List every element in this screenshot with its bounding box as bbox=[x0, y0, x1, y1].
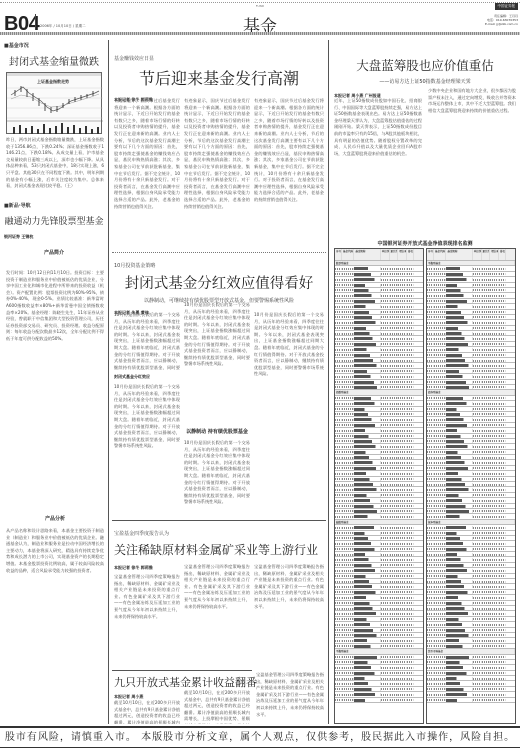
table-cell bbox=[381, 273, 390, 275]
table-cell bbox=[490, 548, 499, 550]
table-cell bbox=[390, 634, 399, 636]
table-cell bbox=[381, 591, 390, 593]
table-cell bbox=[427, 624, 434, 626]
table-cell bbox=[398, 467, 407, 469]
table-cell bbox=[473, 661, 482, 663]
table-cell bbox=[335, 435, 342, 437]
table-cell bbox=[482, 527, 491, 529]
table-cell bbox=[446, 682, 472, 685]
table-cell bbox=[434, 365, 446, 367]
section-heading: 以静制动 持有绩优股票基金 bbox=[184, 428, 250, 435]
table-cell bbox=[354, 337, 380, 340]
table-cell bbox=[407, 661, 414, 663]
table-column-header: 基金简称 bbox=[446, 249, 472, 260]
table-cell bbox=[381, 688, 390, 690]
table-cell bbox=[342, 591, 354, 593]
table-cell bbox=[335, 661, 342, 663]
table-cell bbox=[335, 424, 342, 426]
table-cell bbox=[434, 295, 446, 297]
table-cell bbox=[446, 548, 472, 551]
table-cell bbox=[342, 306, 354, 308]
table-cell bbox=[342, 494, 354, 496]
table-cell bbox=[407, 532, 414, 534]
newspaper-logo: 中国证券报 bbox=[495, 3, 519, 10]
table-column-header: 单位净值 bbox=[473, 249, 482, 260]
table-cell bbox=[427, 478, 434, 480]
table-cell bbox=[427, 661, 434, 663]
table-cell bbox=[482, 656, 491, 658]
table-cell bbox=[342, 570, 354, 572]
table-cell bbox=[427, 376, 434, 378]
table-cell bbox=[342, 349, 354, 351]
table-cell bbox=[398, 289, 407, 291]
table-cell bbox=[342, 397, 354, 399]
table-cell bbox=[499, 602, 506, 604]
article-body-col2: 截至10月10日，在近200多只开放式基金中，总共有9只基金累计净值超过两元，创… bbox=[184, 690, 250, 724]
table-cell bbox=[381, 316, 390, 318]
table-cell bbox=[482, 532, 491, 534]
table-cell bbox=[398, 440, 407, 442]
table-cell bbox=[354, 429, 380, 432]
table-cell bbox=[473, 575, 482, 577]
table-cell bbox=[335, 602, 342, 604]
table-cell bbox=[342, 694, 354, 696]
table-cell bbox=[354, 558, 380, 561]
table-cell bbox=[342, 537, 354, 539]
table-cell bbox=[446, 629, 472, 632]
table-cell bbox=[354, 569, 380, 572]
table-cell bbox=[342, 624, 354, 626]
table-cell bbox=[490, 613, 499, 615]
table-cell bbox=[342, 462, 354, 464]
table-cell bbox=[335, 386, 342, 388]
table-cell bbox=[407, 640, 414, 642]
table-cell bbox=[342, 457, 354, 459]
table-cell bbox=[381, 413, 390, 415]
table-cell bbox=[446, 558, 472, 561]
table-cell bbox=[490, 413, 499, 415]
table-cell bbox=[482, 424, 491, 426]
table-cell bbox=[446, 488, 472, 491]
table-cell bbox=[499, 478, 506, 480]
table-cell bbox=[482, 451, 491, 453]
table-cell bbox=[446, 537, 472, 540]
table-cell bbox=[390, 430, 399, 432]
table-cell bbox=[427, 597, 434, 599]
table-cell bbox=[407, 613, 414, 615]
table-cell bbox=[473, 295, 482, 297]
table-cell bbox=[427, 613, 434, 615]
table-row bbox=[427, 698, 515, 703]
table-cell bbox=[434, 581, 446, 583]
table-cell bbox=[434, 311, 446, 313]
table-cell bbox=[354, 402, 380, 405]
table-cell bbox=[446, 607, 472, 610]
table-cell bbox=[390, 570, 399, 572]
table-cell bbox=[398, 333, 407, 335]
table-cell bbox=[473, 473, 482, 475]
table-cell bbox=[499, 451, 506, 453]
table-cell bbox=[427, 667, 434, 669]
table-cell bbox=[381, 634, 390, 636]
table-cell bbox=[490, 430, 499, 432]
table-cell bbox=[446, 472, 472, 475]
article-separator bbox=[112, 520, 326, 521]
table-cell bbox=[342, 338, 354, 340]
table-cell bbox=[381, 360, 390, 362]
table-cell bbox=[434, 316, 446, 318]
table-cell bbox=[381, 678, 390, 680]
table-cell bbox=[342, 629, 354, 631]
table-cell bbox=[434, 327, 446, 329]
table-cell bbox=[354, 294, 380, 297]
table-cell bbox=[390, 279, 399, 281]
table-cell bbox=[490, 618, 499, 620]
table-cell bbox=[342, 548, 354, 550]
table-cell bbox=[342, 510, 354, 512]
table-cell bbox=[390, 381, 399, 383]
article-body-col2: 宝盈基金管理公司四季度策略报告指出，稀缺原材料、金属矿采业及相关产业链是未来投资… bbox=[184, 564, 250, 668]
table-cell bbox=[434, 354, 446, 356]
table-cell bbox=[482, 489, 491, 491]
table-cell bbox=[407, 564, 414, 566]
table-cell bbox=[398, 505, 407, 507]
table-cell bbox=[381, 645, 390, 647]
table-cell bbox=[490, 424, 499, 426]
table-cell bbox=[427, 462, 434, 464]
table-cell bbox=[490, 570, 499, 572]
table-cell bbox=[381, 570, 390, 572]
table-cell bbox=[446, 456, 472, 459]
table-cell bbox=[354, 585, 380, 588]
table-cell bbox=[335, 457, 342, 459]
table-cell bbox=[342, 532, 354, 534]
table-cell bbox=[434, 586, 446, 588]
table-cell bbox=[427, 494, 434, 496]
table-cell bbox=[482, 268, 491, 270]
article-body: 从产品名称和设计思路来看，本基金主要投资于制造业（制造业）和服务业中价值被低估的… bbox=[6, 528, 104, 724]
table-cell bbox=[342, 564, 354, 566]
table-cell bbox=[398, 376, 407, 378]
table-cell bbox=[446, 483, 472, 486]
table-cell bbox=[354, 472, 380, 475]
table-cell bbox=[482, 591, 491, 593]
table-cell bbox=[407, 624, 414, 626]
table-cell bbox=[490, 591, 499, 593]
table-cell bbox=[434, 430, 446, 432]
table-cell bbox=[354, 591, 380, 594]
table-cell bbox=[434, 564, 446, 566]
table-cell bbox=[490, 343, 499, 345]
table-cell bbox=[482, 683, 491, 685]
table-cell bbox=[335, 408, 342, 410]
table-cell bbox=[407, 360, 414, 362]
table-cell bbox=[398, 268, 407, 270]
table-cell bbox=[490, 327, 499, 329]
table-cell bbox=[342, 446, 354, 448]
table-cell bbox=[390, 322, 399, 324]
table-cell bbox=[499, 284, 506, 286]
table-cell bbox=[434, 699, 446, 701]
table-cell bbox=[482, 354, 491, 356]
table-cell bbox=[482, 688, 491, 690]
table-cell bbox=[398, 386, 407, 388]
table-cell bbox=[473, 435, 482, 437]
table-cell bbox=[499, 360, 506, 362]
table-cell bbox=[427, 500, 434, 502]
table-cell bbox=[446, 381, 472, 384]
table-cell bbox=[490, 608, 499, 610]
table-cell bbox=[434, 349, 446, 351]
table-cell bbox=[490, 279, 499, 281]
table-cell bbox=[482, 667, 491, 669]
table-cell bbox=[446, 532, 472, 535]
table-cell bbox=[482, 510, 491, 512]
table-cell bbox=[473, 618, 482, 620]
table-group-label: 货币市场基金 bbox=[427, 649, 515, 653]
table-cell bbox=[407, 516, 414, 518]
table-cell bbox=[434, 505, 446, 507]
table-cell bbox=[473, 667, 482, 669]
table-cell bbox=[446, 639, 472, 642]
table-header-row: 序号基金代码基金简称单位净值累计净值增长率(%)排名 bbox=[335, 249, 423, 261]
table-cell bbox=[446, 327, 472, 330]
table-cell bbox=[398, 338, 407, 340]
table-cell bbox=[427, 408, 434, 410]
table-cell bbox=[335, 581, 342, 583]
table-cell bbox=[390, 608, 399, 610]
table-cell bbox=[490, 360, 499, 362]
table-cell bbox=[482, 699, 491, 701]
table-cell bbox=[381, 451, 390, 453]
table-cell bbox=[335, 629, 342, 631]
table-cell bbox=[434, 333, 446, 335]
table-cell bbox=[407, 667, 414, 669]
table-cell bbox=[354, 316, 380, 319]
table-cell bbox=[335, 564, 342, 566]
table-cell bbox=[446, 300, 472, 303]
table-cell bbox=[407, 386, 414, 388]
table-cell bbox=[354, 639, 380, 642]
table-cell bbox=[427, 430, 434, 432]
table-cell bbox=[446, 429, 472, 432]
table-cell bbox=[482, 381, 491, 383]
table-cell bbox=[490, 311, 499, 313]
table-cell bbox=[499, 273, 506, 275]
table-group-label: 保本型基金 bbox=[427, 520, 515, 524]
table-cell bbox=[354, 553, 380, 556]
table-cell bbox=[490, 505, 499, 507]
table-column-header: 排名 bbox=[407, 249, 414, 260]
table-cell bbox=[381, 500, 390, 502]
table-cell bbox=[381, 640, 390, 642]
table-cell bbox=[446, 359, 472, 362]
table-cell bbox=[490, 473, 499, 475]
table-cell bbox=[427, 570, 434, 572]
table-cell bbox=[354, 494, 380, 497]
table-cell bbox=[446, 677, 472, 680]
table-cell bbox=[434, 688, 446, 690]
table-cell bbox=[446, 645, 472, 648]
table-cell bbox=[398, 408, 407, 410]
table-cell bbox=[490, 640, 499, 642]
table-cell bbox=[490, 446, 499, 448]
candlestick-chart-icon bbox=[7, 73, 103, 135]
table-group-label: 指数型基金 bbox=[335, 390, 423, 394]
table-cell bbox=[335, 608, 342, 610]
table-cell bbox=[354, 461, 380, 464]
table-cell bbox=[390, 602, 399, 604]
table-cell bbox=[390, 397, 399, 399]
table-cell bbox=[390, 478, 399, 480]
table-cell bbox=[381, 473, 390, 475]
section-english-label: FUND bbox=[240, 4, 280, 8]
table-cell bbox=[335, 300, 342, 302]
article-body-col1: 近年，上证50指数成份股如中国石化、招商银行、中国国际等大盘蓝筹股持续走强，易方… bbox=[334, 98, 422, 238]
table-cell bbox=[335, 527, 342, 529]
table-cell bbox=[407, 408, 414, 410]
table-cell bbox=[473, 354, 482, 356]
table-cell bbox=[398, 279, 407, 281]
table-cell bbox=[398, 608, 407, 610]
table-cell bbox=[381, 462, 390, 464]
table-column-header: 基金代码 bbox=[342, 249, 354, 260]
table-cell bbox=[434, 478, 446, 480]
table-cell bbox=[482, 300, 491, 302]
table-cell bbox=[381, 365, 390, 367]
table-cell bbox=[354, 618, 380, 621]
table-cell bbox=[482, 360, 491, 362]
table-cell bbox=[482, 413, 491, 415]
table-cell bbox=[407, 430, 414, 432]
table-cell bbox=[427, 365, 434, 367]
table-cell bbox=[446, 569, 472, 572]
table-cell bbox=[473, 683, 482, 685]
table-cell bbox=[381, 435, 390, 437]
table-cell bbox=[354, 499, 380, 502]
table-cell bbox=[490, 451, 499, 453]
table-cell bbox=[499, 279, 506, 281]
table-cell bbox=[390, 273, 399, 275]
table-cell bbox=[407, 591, 414, 593]
table-cell bbox=[482, 575, 491, 577]
table-cell bbox=[482, 457, 491, 459]
table-cell bbox=[473, 338, 482, 340]
table-cell bbox=[482, 279, 491, 281]
table-cell bbox=[381, 586, 390, 588]
table-cell bbox=[490, 484, 499, 486]
table-cell bbox=[354, 424, 380, 427]
table-cell bbox=[354, 677, 380, 680]
table-cell bbox=[490, 543, 499, 545]
table-cell bbox=[342, 386, 354, 388]
table-cell bbox=[446, 413, 472, 416]
table-cell bbox=[427, 516, 434, 518]
table-cell bbox=[407, 543, 414, 545]
table-cell bbox=[434, 306, 446, 308]
table-cell bbox=[427, 559, 434, 561]
table-cell bbox=[354, 364, 380, 367]
table-cell bbox=[407, 316, 414, 318]
table-cell bbox=[354, 532, 380, 535]
table-cell bbox=[490, 435, 499, 437]
table-cell bbox=[390, 376, 399, 378]
table-cell bbox=[390, 403, 399, 405]
table-cell bbox=[342, 543, 354, 545]
table-cell bbox=[499, 322, 506, 324]
table-cell bbox=[398, 343, 407, 345]
table-cell bbox=[446, 343, 472, 346]
table-cell bbox=[407, 484, 414, 486]
table-cell bbox=[390, 510, 399, 512]
table-cell bbox=[482, 694, 491, 696]
table-cell bbox=[354, 478, 380, 481]
table-cell bbox=[335, 505, 342, 507]
table-cell bbox=[482, 559, 491, 561]
table-cell bbox=[407, 370, 414, 372]
table-cell bbox=[427, 311, 434, 313]
table-cell bbox=[427, 273, 434, 275]
table-cell bbox=[434, 268, 446, 270]
table-cell bbox=[398, 602, 407, 604]
table-cell bbox=[390, 311, 399, 313]
table-column-header: 排名 bbox=[499, 249, 506, 260]
table-cell bbox=[398, 327, 407, 329]
table-cell bbox=[482, 295, 491, 297]
table-cell bbox=[381, 532, 390, 534]
table-cell bbox=[427, 467, 434, 469]
table-cell bbox=[398, 306, 407, 308]
table-cell bbox=[381, 505, 390, 507]
table-cell bbox=[473, 316, 482, 318]
table-cell bbox=[499, 661, 506, 663]
table-cell bbox=[390, 349, 399, 351]
article-body-col2: 有迹象显示，国庆节过后基金发行将迎来一个新高潮。根据各方面的统计显示，下近日开始… bbox=[184, 98, 250, 250]
table-cell bbox=[398, 694, 407, 696]
table-cell bbox=[335, 699, 342, 701]
table-cell bbox=[381, 559, 390, 561]
table-cell bbox=[434, 424, 446, 426]
table-cell bbox=[335, 683, 342, 685]
table-cell bbox=[381, 527, 390, 529]
table-cell bbox=[427, 440, 434, 442]
table-cell bbox=[446, 672, 472, 675]
table-cell bbox=[381, 467, 390, 469]
table-cell bbox=[398, 484, 407, 486]
table-cell bbox=[354, 607, 380, 610]
table-cell bbox=[434, 548, 446, 550]
table-cell bbox=[398, 564, 407, 566]
table-cell bbox=[354, 515, 380, 518]
table-cell bbox=[390, 575, 399, 577]
table-cell bbox=[482, 597, 491, 599]
table-cell bbox=[499, 640, 506, 642]
table-cell bbox=[407, 570, 414, 572]
table-cell bbox=[342, 575, 354, 577]
table-cell bbox=[490, 316, 499, 318]
table-cell bbox=[490, 624, 499, 626]
table-cell bbox=[434, 510, 446, 512]
table-cell bbox=[407, 333, 414, 335]
table-cell bbox=[499, 500, 506, 502]
table-cell bbox=[390, 624, 399, 626]
table-cell bbox=[473, 451, 482, 453]
table-cell bbox=[390, 424, 399, 426]
table-cell bbox=[473, 510, 482, 512]
table-cell bbox=[335, 672, 342, 674]
table-cell bbox=[473, 597, 482, 599]
table-cell bbox=[482, 543, 491, 545]
